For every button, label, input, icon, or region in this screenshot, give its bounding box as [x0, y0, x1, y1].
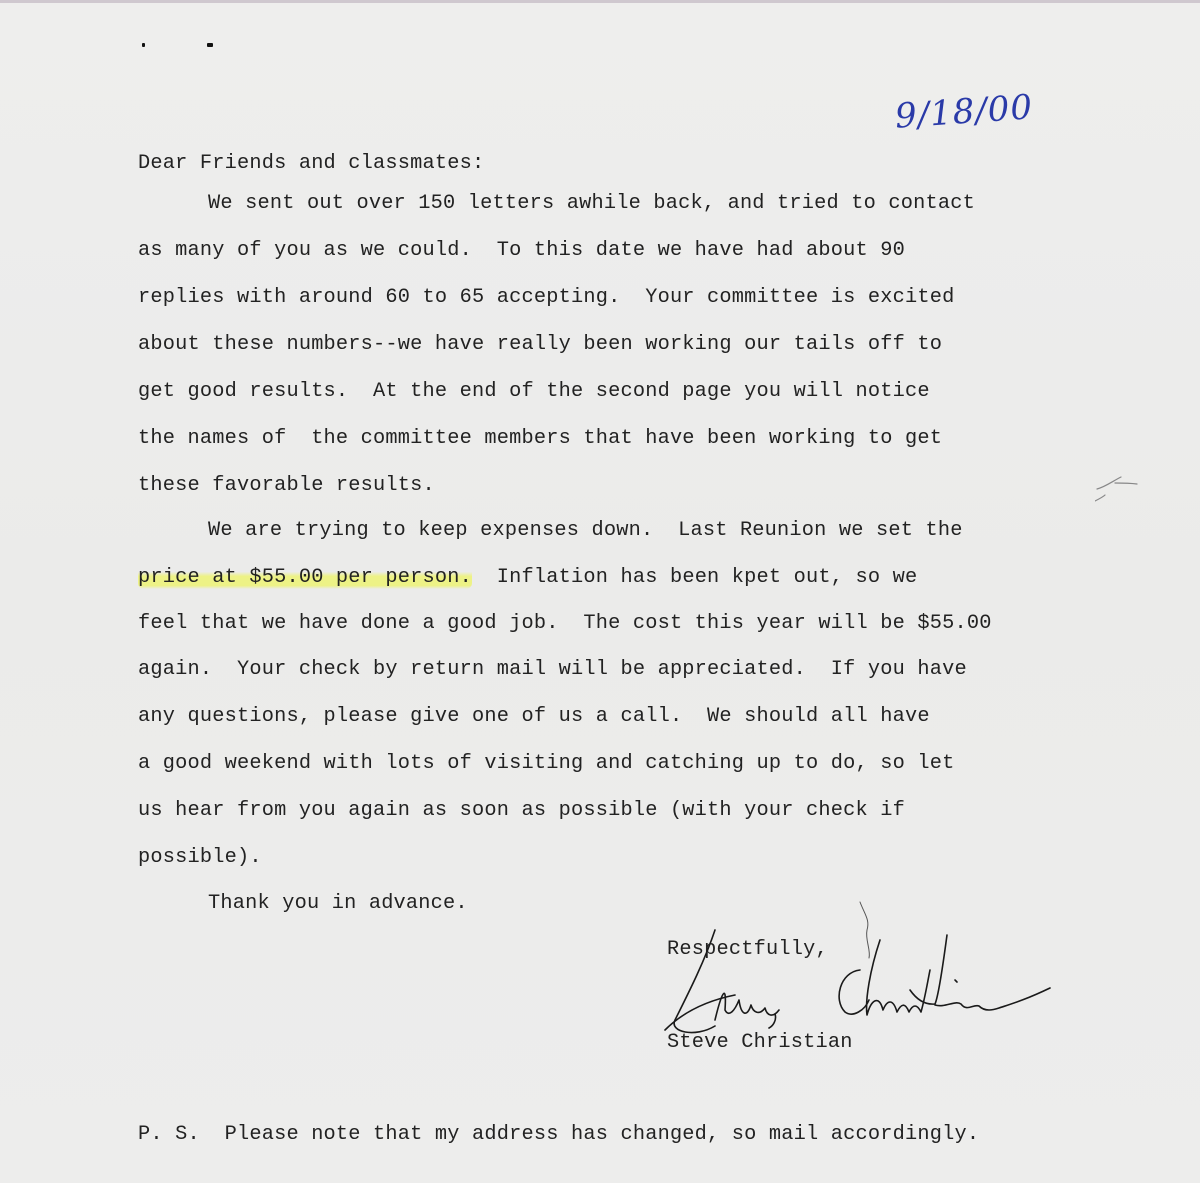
signer-name: Steve Christian [667, 1031, 853, 1054]
postscript: P. S. Please note that my address has ch… [138, 1123, 979, 1146]
paper-speck [207, 43, 213, 47]
body-line: We are trying to keep expenses down. Las… [208, 519, 963, 542]
body-line: price at $55.00 per person. Inflation ha… [138, 566, 917, 589]
body-line: the names of the committee members that … [138, 427, 942, 450]
body-line: any questions, please give one of us a c… [138, 705, 930, 728]
body-line: get good results. At the end of the seco… [138, 380, 930, 403]
body-line: We sent out over 150 letters awhile back… [208, 192, 975, 215]
body-line-rest: Inflation has been kpet out, so we [472, 566, 917, 589]
scan-top-edge [0, 0, 1200, 3]
pen-mark-icon [1095, 475, 1145, 505]
body-line: us hear from you again as soon as possib… [138, 799, 905, 822]
thank-you-line: Thank you in advance. [208, 892, 468, 915]
signature-icon [655, 900, 1065, 1050]
handwritten-date: 9/18/00 [894, 87, 1035, 137]
body-line: these favorable results. [138, 474, 435, 497]
body-line: feel that we have done a good job. The c… [138, 612, 992, 635]
body-line: again. Your check by return mail will be… [138, 658, 967, 681]
body-line: replies with around 60 to 65 accepting. … [138, 286, 954, 309]
salutation: Dear Friends and classmates: [138, 152, 484, 175]
body-line: about these numbers--we have really been… [138, 333, 942, 356]
body-line: a good weekend with lots of visiting and… [138, 752, 954, 775]
paper-speck [142, 43, 145, 47]
body-line: as many of you as we could. To this date… [138, 239, 905, 262]
highlighted-price: price at $55.00 per person. [138, 566, 472, 589]
letter-page: 9/18/00 Dear Friends and classmates: We … [0, 0, 1200, 1183]
body-line: possible). [138, 846, 262, 869]
